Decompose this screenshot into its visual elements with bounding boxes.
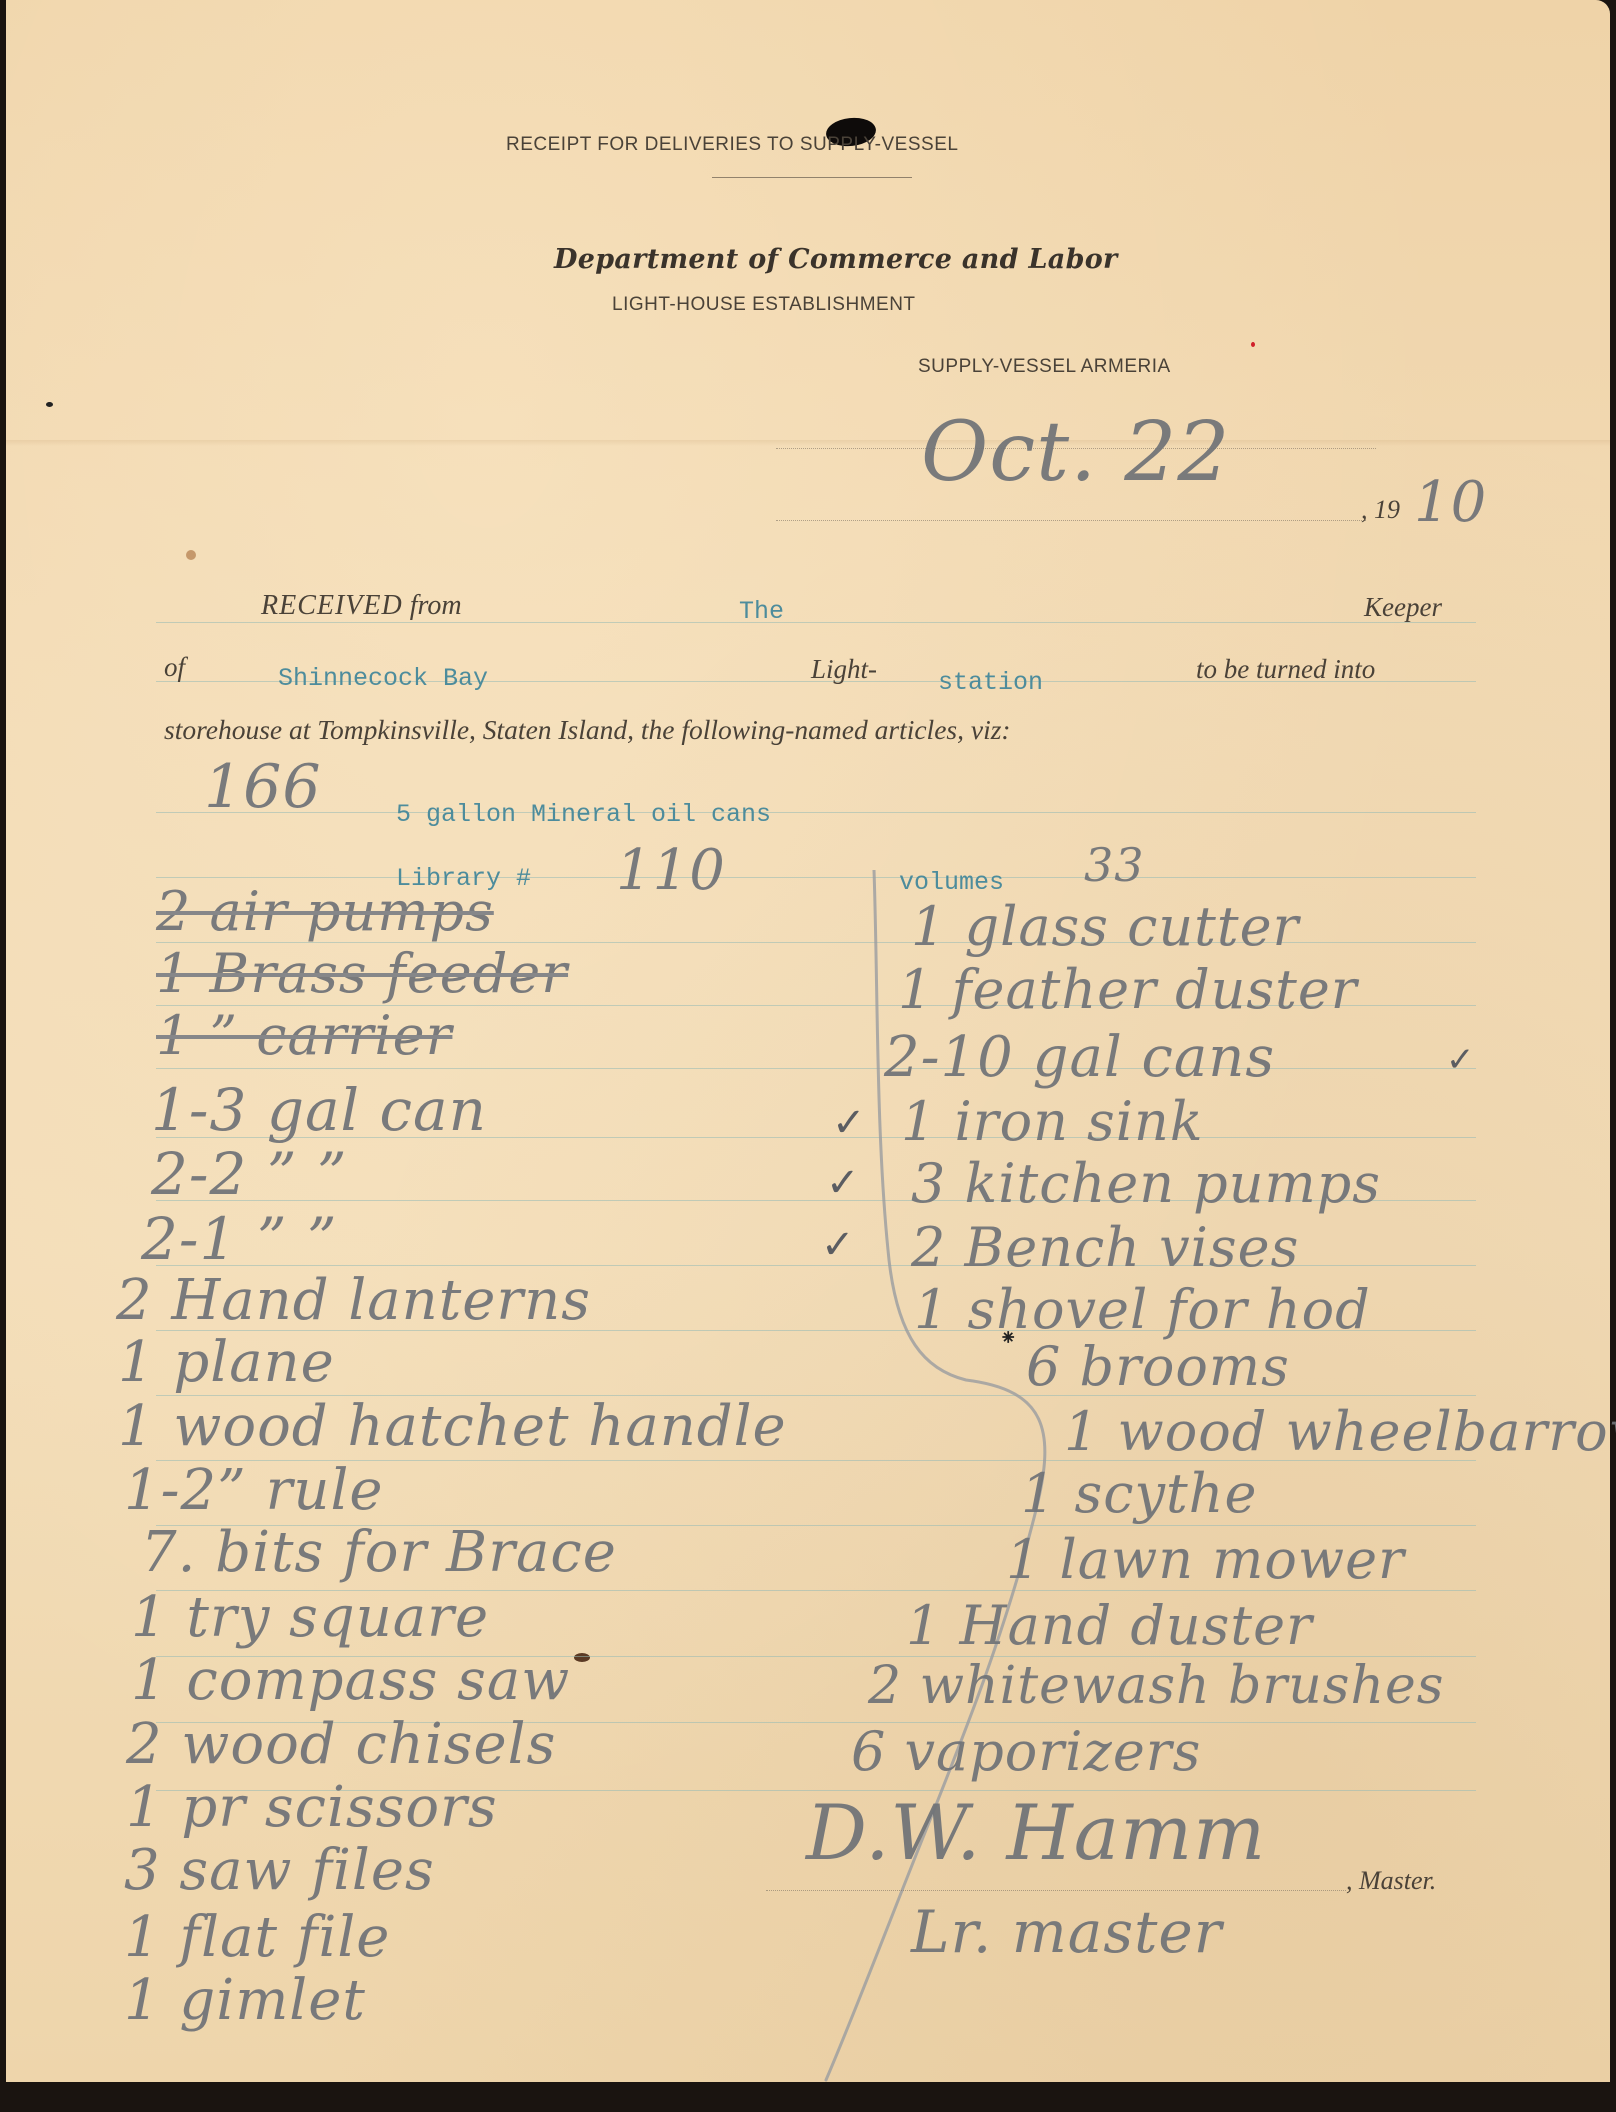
date-handwritten: Oct. 22 [921,405,1231,500]
date-line-lower [776,520,1366,521]
paper-fold [6,440,1610,446]
list-item-right: 6 vaporizers [851,1720,1201,1783]
station-type-typed: station [938,668,1043,697]
of-label: of [164,652,185,683]
list-item-left: 1 Brass feeder [156,942,568,1005]
establishment-name: LIGHT-HOUSE ESTABLISHMENT [612,294,916,316]
list-item-right: 2 Bench vises [911,1216,1299,1279]
list-item-left: 3 saw files [124,1838,435,1903]
from-word: from [410,590,462,621]
list-item-left: 1 flat file [124,1905,390,1970]
ruled-line [156,812,1476,813]
storehouse-line: storehouse at Tompkinsville, Staten Isla… [164,714,1011,746]
list-item-right: 6 brooms [1026,1335,1290,1398]
list-item-left: 2 air pumps [156,880,494,943]
turned-into-label: to be turned into [1196,654,1375,685]
list-item-left: 1 ” carrier [156,1004,452,1067]
date-year-suffix: 10 [1414,470,1487,535]
volumes-count: 33 [1084,838,1145,892]
date-year-prefix: , 19 [1361,495,1400,525]
list-item-left: 2 wood chisels [126,1712,556,1777]
list-item-left: 1 pr scissors [126,1775,498,1840]
signature-handwritten: D.W. Hamm [806,1788,1266,1877]
list-item-right: 1 iron sink [901,1090,1204,1153]
oil-cans-count: 166 [204,752,322,822]
list-item-left: 2-1 ” ” [141,1205,338,1273]
list-item-right: 1 feather duster [898,958,1358,1021]
list-item-right: 2-10 gal cans [884,1025,1275,1090]
list-item-left: 1 try square [131,1585,489,1650]
station-name-typed: Shinnecock Bay [278,664,488,693]
check-mark-icon: ✓ [1446,1040,1475,1080]
master-title: , Master. [1346,1866,1436,1896]
signature-line [766,1890,1346,1891]
list-item-right: 1 Hand duster [906,1594,1313,1657]
list-item-left: 7. bits for Brace [141,1520,617,1585]
list-item-right: 2 whitewash brushes [868,1656,1444,1716]
check-mark-icon: ✓ [821,1222,855,1268]
vessel-name: SUPPLY-VESSEL ARMERIA [918,356,1171,378]
list-item-right: 3 kitchen pumps [911,1152,1381,1215]
signature-role: Lr. master [911,1898,1222,1966]
list-item-left: 2 Hand lanterns [116,1268,591,1333]
stain-spot [186,550,196,560]
title-underline [712,177,912,178]
receipt-paper: RECEIPT FOR DELIVERIES TO SUPPLY-VESSEL … [6,0,1610,2082]
list-item-right: 1 shovel for hod [914,1278,1371,1341]
check-mark-icon: ✓ [826,1160,860,1206]
stain-spot [46,402,53,407]
ruled-line [156,622,1476,623]
list-item-left: 1 wood hatchet handle [118,1394,787,1459]
list-item-left: 1 gimlet [124,1968,366,2033]
asterisk-marker-icon: ⁕ [999,1325,1017,1351]
received-word: RECEIVED [261,590,403,621]
list-item-left: 1-3 gal can [151,1076,487,1144]
list-item-right: 1 scythe [1021,1462,1257,1525]
keeper-label: Keeper [1364,592,1442,623]
light-label: Light- [811,654,877,685]
list-item-left: 2-2 ” ” [151,1140,348,1208]
list-item-left: 1 plane [118,1330,335,1395]
oil-cans-label: 5 gallon Mineral oil cans [396,800,771,829]
red-mark [1251,342,1255,347]
list-item-left: 1-2” rule [124,1458,384,1523]
department-name: Department of Commerce and Labor [554,244,1118,275]
check-mark-icon: ✓ [832,1100,866,1146]
stain-spot [574,1653,590,1662]
list-item-left: 1 compass saw [131,1648,570,1713]
received-label: RECEIVED from [261,590,462,622]
list-item-right: 1 wood wheelbarrow [1064,1400,1616,1463]
form-title: RECEIPT FOR DELIVERIES TO SUPPLY-VESSEL [506,134,958,156]
list-item-right: 1 lawn mower [1006,1528,1405,1591]
list-item-right: 1 glass cutter [911,895,1299,958]
from-typed-value: The [739,597,784,626]
